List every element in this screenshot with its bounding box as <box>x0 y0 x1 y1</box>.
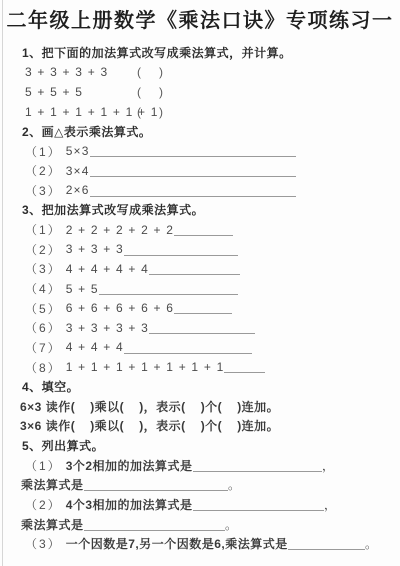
s3-row-2: （2） 3 + 3 + 3 <box>0 239 400 259</box>
s4-row-2: 3×6 读作( )乘以( )，表示( )个( )连加。 <box>0 416 400 436</box>
trailing-punctuation: 。 <box>365 535 377 552</box>
fill-blank-segment: )，表示( <box>139 417 186 434</box>
item-label: （7） <box>25 339 62 356</box>
item-label: （3） <box>25 535 62 552</box>
s2-expression-3: 2×6 <box>66 183 90 197</box>
s3-expression-3: 4 + 4 + 4 + 4 <box>66 262 149 276</box>
s3-expression-4: 5 + 5 <box>66 282 99 296</box>
s1-row-2: 5 + 5 + 5 ( ) <box>0 82 400 102</box>
answer-blank-line <box>224 372 265 373</box>
s3-row-7: （7） 4 + 4 + 4 <box>0 338 400 358</box>
answer-blank-line <box>174 313 232 314</box>
worksheet-page: 二年级上册数学《乘法口诀》专项练习一 1、把下面的加法算式改写成乘法算式，并计算… <box>0 0 400 566</box>
s3-expression-1: 2 + 2 + 2 + 2 + 2 <box>66 223 174 237</box>
s5-cont-text-1: 乘法算式是 <box>21 476 84 493</box>
s5-text-3: 一个因数是7,另一个因数是6,乘法算式是 <box>66 535 288 552</box>
fill-blank-segment: )乘以( <box>90 417 124 434</box>
item-label: （2） <box>25 162 62 179</box>
s1-equation-3: 1 + 1 + 1 + 1 + 1 + 1 <box>25 105 137 119</box>
fill-blank-segment: )连加。 <box>237 417 279 434</box>
section1-header: 1、把下面的加法算式改写成乘法算式，并计算。 <box>0 43 400 63</box>
item-label: （6） <box>25 319 62 336</box>
answer-paren-close: ) <box>159 65 163 79</box>
worksheet-title: 二年级上册数学《乘法口诀》专项练习一 <box>0 0 400 33</box>
s2-expression-2: 3×4 <box>66 164 90 178</box>
answer-blank-line <box>90 196 296 197</box>
worksheet-body: 1、把下面的加法算式改写成乘法算式，并计算。 3 + 3 + 3 + 3 ( )… <box>0 43 400 554</box>
item-label: （4） <box>25 280 62 297</box>
s2-row-2: （2） 3×4 <box>0 161 400 181</box>
s1-row-3: 1 + 1 + 1 + 1 + 1 + 1 ( ) <box>0 102 400 122</box>
section3-header: 3、把加法算式改写成乘法算式。 <box>0 200 400 220</box>
s1-row-1: 3 + 3 + 3 + 3 ( ) <box>0 63 400 83</box>
answer-blank-line <box>174 235 233 236</box>
fill-blank-segment: 6×3 读作( <box>20 398 75 415</box>
answer-blank-line <box>90 176 296 177</box>
answer-paren-open: ( <box>137 85 141 99</box>
s3-expression-7: 4 + 4 + 4 <box>66 340 124 354</box>
answer-blank-line <box>84 530 225 531</box>
s3-row-4: （4） 5 + 5 <box>0 279 400 299</box>
answer-paren-open: ( <box>137 65 141 79</box>
s1-equation-2: 5 + 5 + 5 <box>25 85 137 99</box>
section4-header: 4、填空。 <box>0 377 400 397</box>
answer-blank-line <box>124 255 238 256</box>
item-label: （5） <box>25 300 62 317</box>
item-label: （8） <box>25 359 62 376</box>
section2-header: 2、画△表示乘法算式。 <box>0 122 400 142</box>
item-label: （3） <box>25 260 62 277</box>
s3-row-6: （6） 3 + 3 + 3 + 3 <box>0 318 400 338</box>
s3-expression-5: 6 + 6 + 6 + 6 + 6 <box>66 301 174 315</box>
s5-row-2-cont: 乘法算式是 。 <box>0 514 400 534</box>
s5-row-1-cont: 乘法算式是 。 <box>0 475 400 495</box>
answer-paren-close: ) <box>159 105 163 119</box>
item-label: （3） <box>25 182 62 199</box>
s5-row-1: （1） 3个2相加的加法算式是 ， <box>0 455 400 475</box>
s3-expression-8: 1 + 1 + 1 + 1 + 1 + 1 + 1 <box>66 360 225 374</box>
trailing-punctuation: ， <box>324 496 336 513</box>
s1-equation-1: 3 + 3 + 3 + 3 <box>25 65 137 79</box>
item-label: （2） <box>25 496 62 513</box>
s3-expression-6: 3 + 3 + 3 + 3 <box>66 321 149 335</box>
s5-row-2: （2） 4个3相加的加法算式是 ， <box>0 495 400 515</box>
paper-edge-line <box>2 0 3 566</box>
fill-blank-segment: )，表示( <box>139 398 186 415</box>
s4-row-1: 6×3 读作( )乘以( )，表示( )个( )连加。 <box>0 397 400 417</box>
answer-blank-line <box>193 471 322 472</box>
answer-blank-line <box>124 353 252 354</box>
answer-blank-line <box>288 549 365 550</box>
s5-text-1: 3个2相加的加法算式是 <box>66 457 193 474</box>
answer-blank-line <box>149 333 255 334</box>
s3-expression-2: 3 + 3 + 3 <box>66 242 124 256</box>
trailing-punctuation: ， <box>322 457 334 474</box>
s2-row-1: （1） 5×3 <box>0 141 400 161</box>
fill-blank-segment: 3×6 读作( <box>20 417 75 434</box>
fill-blank-segment: )连加。 <box>237 398 279 415</box>
s2-row-3: （3） 2×6 <box>0 180 400 200</box>
answer-paren-open: ( <box>137 105 141 119</box>
item-label: （1） <box>25 221 62 238</box>
item-label: （1） <box>25 143 62 160</box>
answer-blank-line <box>193 510 324 511</box>
s2-expression-1: 5×3 <box>66 144 90 158</box>
s5-row-3: （3） 一个因数是7,另一个因数是6,乘法算式是 。 <box>0 534 400 554</box>
answer-paren-close: ) <box>159 85 163 99</box>
fill-blank-segment: )个( <box>201 417 223 434</box>
trailing-punctuation: 。 <box>225 516 237 533</box>
s5-text-2: 4个3相加的加法算式是 <box>66 496 193 513</box>
answer-blank-line <box>149 274 240 275</box>
s3-row-1: （1） 2 + 2 + 2 + 2 + 2 <box>0 220 400 240</box>
s3-row-5: （5） 6 + 6 + 6 + 6 + 6 <box>0 298 400 318</box>
fill-blank-segment: )乘以( <box>90 398 124 415</box>
item-label: （2） <box>25 241 62 258</box>
s3-row-8: （8） 1 + 1 + 1 + 1 + 1 + 1 + 1 <box>0 357 400 377</box>
s5-cont-text-2: 乘法算式是 <box>21 516 84 533</box>
trailing-punctuation: 。 <box>228 476 240 493</box>
fill-blank-segment: )个( <box>201 398 223 415</box>
s3-row-3: （3） 4 + 4 + 4 + 4 <box>0 259 400 279</box>
answer-blank-line <box>84 490 228 491</box>
answer-blank-line <box>90 156 296 157</box>
answer-blank-line <box>99 294 238 295</box>
section5-header: 5、列出算式。 <box>0 436 400 456</box>
item-label: （1） <box>25 457 62 474</box>
